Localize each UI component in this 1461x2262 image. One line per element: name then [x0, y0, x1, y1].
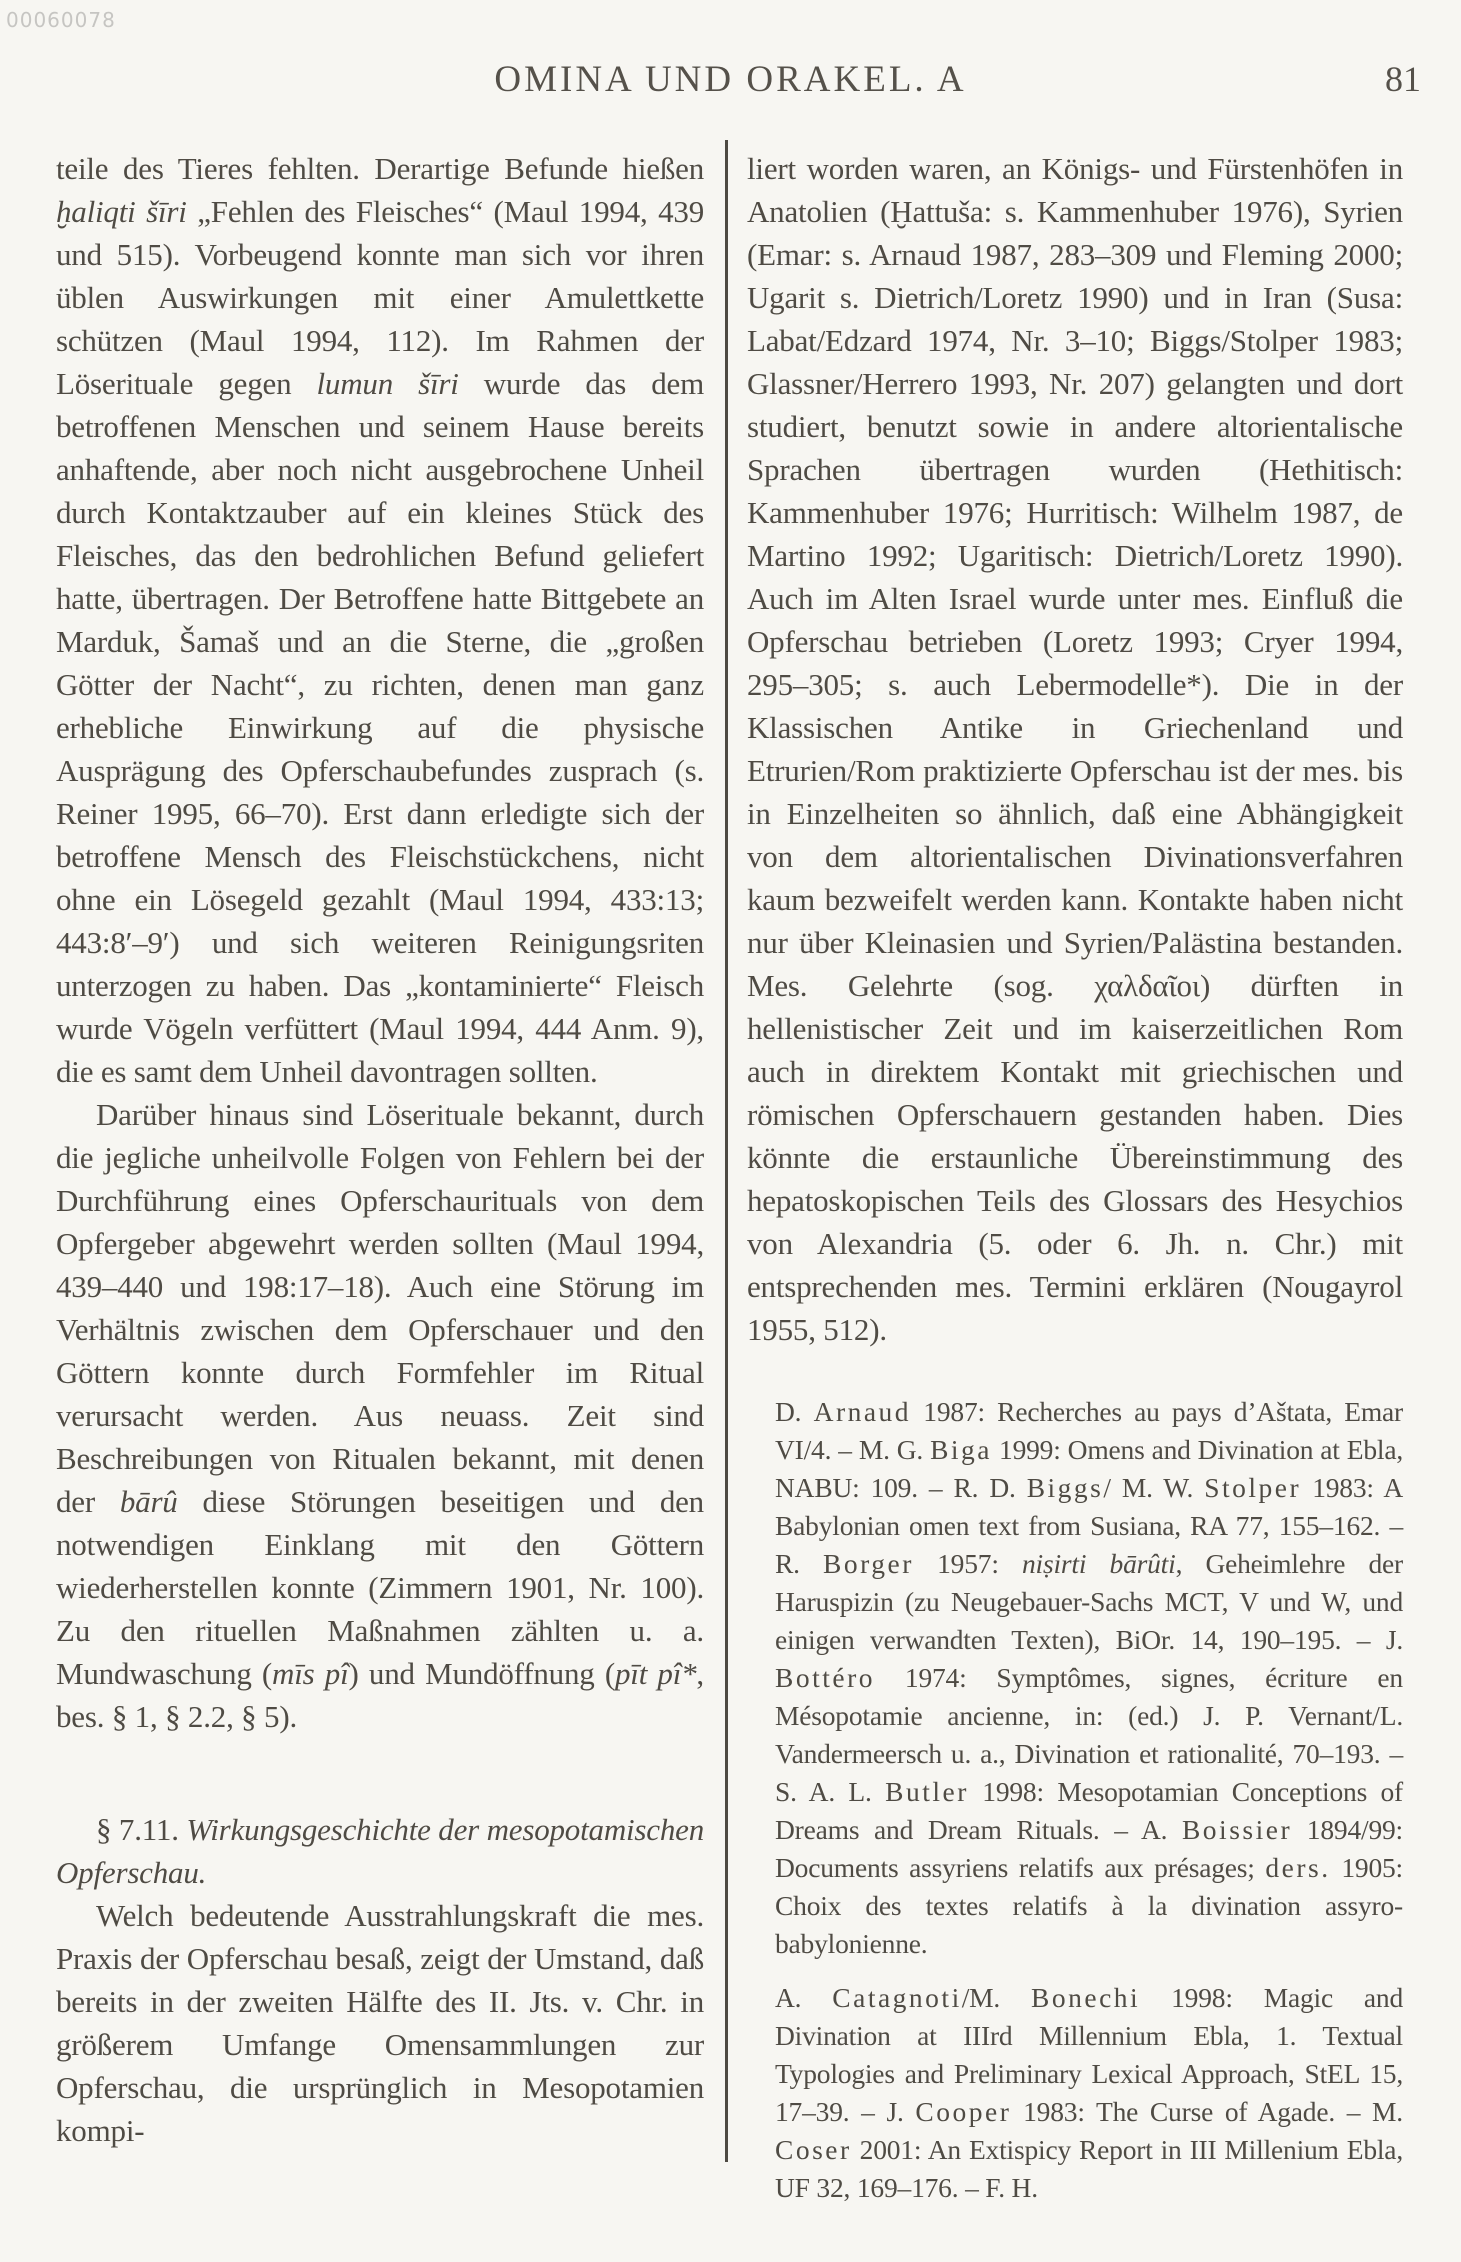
- text-run: Arnaud: [814, 1396, 911, 1427]
- text-run: Borger: [823, 1548, 914, 1579]
- text-run: Butler: [885, 1776, 969, 1807]
- text-run: Biga: [930, 1434, 992, 1465]
- body-paragraph: Darüber hinaus sind Löserituale bekannt,…: [56, 1093, 704, 1738]
- text-run: ders.: [1265, 1852, 1330, 1883]
- scan-watermark-number: 00060078: [6, 8, 116, 32]
- text-run: Welch bedeutende Ausstrahlungskraft die …: [56, 1898, 704, 2148]
- text-run: niṣirti bārûti: [1022, 1548, 1176, 1579]
- text-run: bārû: [120, 1484, 178, 1519]
- running-head-title: OMINA UND ORAKEL. A: [0, 58, 1461, 101]
- bibliography-paragraph: D. Arnaud 1987: Recherches au pays d’Ašt…: [747, 1393, 1403, 1963]
- text-run: § 7.11.: [96, 1812, 186, 1847]
- section-heading: § 7.11. Wirkungsgeschichte der mesopotam…: [56, 1808, 704, 1894]
- text-run: Cooper: [915, 2096, 1011, 2127]
- bibliography-paragraph: A. Catagnoti/M. Bonechi 1998: Magic and …: [747, 1979, 1403, 2207]
- page-number: 81: [1385, 58, 1421, 100]
- text-run: ) und Mundöffnung (: [349, 1656, 615, 1691]
- text-run: Stolper: [1204, 1472, 1301, 1503]
- text-run: A.: [775, 1982, 832, 2013]
- text-run: Biggs: [1027, 1472, 1104, 1503]
- text-run: liert worden waren, an Königs- und Fürst…: [747, 151, 1403, 1347]
- text-run: Darüber hinaus sind Löserituale bekannt,…: [56, 1097, 704, 1519]
- text-run: ḫaliqti šīri: [56, 194, 187, 229]
- column-divider-rule: [725, 140, 728, 2162]
- text-run: lumun šīri: [317, 366, 459, 401]
- text-run: wurde das dem betroffenen Menschen und s…: [56, 366, 704, 1089]
- text-run: mīs pî: [272, 1656, 348, 1691]
- text-run: Bonechi: [1031, 1982, 1140, 2013]
- text-run: 1957:: [914, 1548, 1022, 1579]
- text-run: / M. W.: [1103, 1472, 1204, 1503]
- text-run: Coser: [775, 2134, 852, 2165]
- text-run: /M.: [962, 1982, 1031, 2013]
- text-run: Bottéro: [775, 1662, 875, 1693]
- text-run: D.: [775, 1396, 814, 1427]
- column-right: liert worden waren, an Königs- und Fürst…: [747, 147, 1403, 2207]
- text-run: teile des Tieres fehlten. Derartige Befu…: [56, 151, 704, 186]
- body-paragraph: Welch bedeutende Ausstrahlungskraft die …: [56, 1894, 704, 2152]
- body-paragraph: liert worden waren, an Königs- und Fürst…: [747, 147, 1403, 1351]
- text-run: Boissier: [1182, 1814, 1292, 1845]
- scanned-book-page: 00060078 OMINA UND ORAKEL. A 81 teile de…: [0, 0, 1461, 2262]
- text-run: Catagnoti: [832, 1982, 961, 2013]
- text-run: 1983: The Curse of Agade. – M.: [1011, 2096, 1403, 2127]
- body-paragraph: teile des Tieres fehlten. Derartige Befu…: [56, 147, 704, 1093]
- text-run: 2001: An Extispicy Report in III Milleni…: [775, 2134, 1403, 2203]
- text-run: pīt pî*: [615, 1656, 696, 1691]
- column-left: teile des Tieres fehlten. Derartige Befu…: [56, 147, 704, 2152]
